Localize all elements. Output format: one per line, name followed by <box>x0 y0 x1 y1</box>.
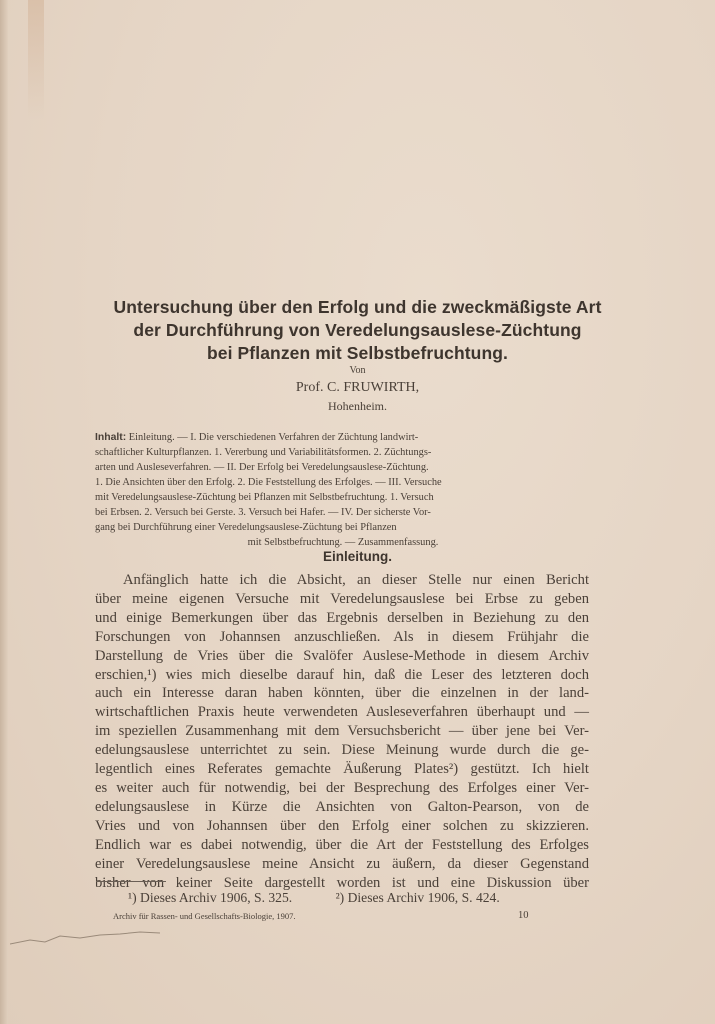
body-line: Anfänglich hatte ich die Absicht, an die… <box>95 571 589 590</box>
section-heading: Einleitung. <box>0 549 715 564</box>
paper-page: Untersuchung über den Erfolg und die zwe… <box>0 0 715 1024</box>
toc-line: bei Erbsen. 2. Versuch bei Gerste. 3. Ve… <box>95 505 591 520</box>
toc-line: gang bei Durchführung einer Veredelungsa… <box>95 520 591 535</box>
body-line: legentlich eines Referates gemachte Äuße… <box>95 760 589 779</box>
body-line: im speziellen Zusammenhang mit dem Versu… <box>95 722 589 741</box>
toc-line: 1. Die Ansichten über den Erfolg. 2. Die… <box>95 475 591 490</box>
table-of-contents: Inhalt: Einleitung. — I. Die verschieden… <box>95 430 591 550</box>
body-line: edelungsauslese in Kürze die Ansichten v… <box>95 798 589 817</box>
journal-footer: Archiv für Rassen- und Gesellschafts-Bio… <box>113 911 533 921</box>
toc-line: schaftlicher Kulturpflanzen. 1. Vererbun… <box>95 445 591 460</box>
body-line: Vries und von Johannsen über den Erfolg … <box>95 817 589 836</box>
author-affiliation: Hohenheim. <box>0 399 715 414</box>
title-line: der Durchführung von Veredelungsauslese-… <box>60 319 655 342</box>
body-line: edelungsauslese unterrichtet zu sein. Di… <box>95 741 589 760</box>
body-line: über meine eigenen Versuche mit Veredelu… <box>95 590 589 609</box>
toc-line: mit Veredelungsauslese-Züchtung bei Pfla… <box>95 490 591 505</box>
footnote-1: ¹) Dieses Archiv 1906, S. 325. <box>128 890 292 905</box>
signature-number: 10 <box>518 910 529 921</box>
paper-crease <box>10 930 160 950</box>
toc-line: mit Selbstbefruchtung. — Zusammenfassung… <box>95 535 591 550</box>
body-line: Forschungen von Johannsen anzuschließen.… <box>95 628 589 647</box>
article-title: Untersuchung über den Erfolg und die zwe… <box>60 296 655 365</box>
body-line: Darstellung de Vries über die Svalöfer A… <box>95 647 589 666</box>
body-line: erschien,¹) wies mich dieselbe darauf hi… <box>95 666 589 685</box>
toc-line: Inhalt: Einleitung. — I. Die verschieden… <box>95 430 591 445</box>
body-line: einer Veredelungsauslese meine Ansicht z… <box>95 855 589 874</box>
body-paragraph: Anfänglich hatte ich die Absicht, an die… <box>95 571 589 892</box>
footnote-divider <box>96 881 166 882</box>
toc-label: Inhalt: <box>95 432 126 443</box>
footnote-2: ²) Dieses Archiv 1906, S. 424. <box>336 890 500 905</box>
footnotes: ¹) Dieses Archiv 1906, S. 325. ²) Dieses… <box>128 890 588 906</box>
body-line: und einige Bemerkungen über das Ergebnis… <box>95 609 589 628</box>
byline-von: Von <box>0 365 715 376</box>
body-line: es weiter auch für notwendig, bei der Be… <box>95 779 589 798</box>
body-line: Endlich war es dabei notwendig, über die… <box>95 836 589 855</box>
title-line: Untersuchung über den Erfolg und die zwe… <box>60 296 655 319</box>
title-line: bei Pflanzen mit Selbstbefruchtung. <box>60 342 655 365</box>
toc-line: arten und Ausleseverfahren. — II. Der Er… <box>95 460 591 475</box>
body-line: wirtschaftlichen Praxis heute verwendete… <box>95 703 589 722</box>
author-name: Prof. C. FRUWIRTH, <box>0 380 715 396</box>
page-edge <box>0 0 8 1024</box>
paper-stain <box>28 0 44 120</box>
body-line: auch ein Interesse daran haben könnten, … <box>95 684 589 703</box>
